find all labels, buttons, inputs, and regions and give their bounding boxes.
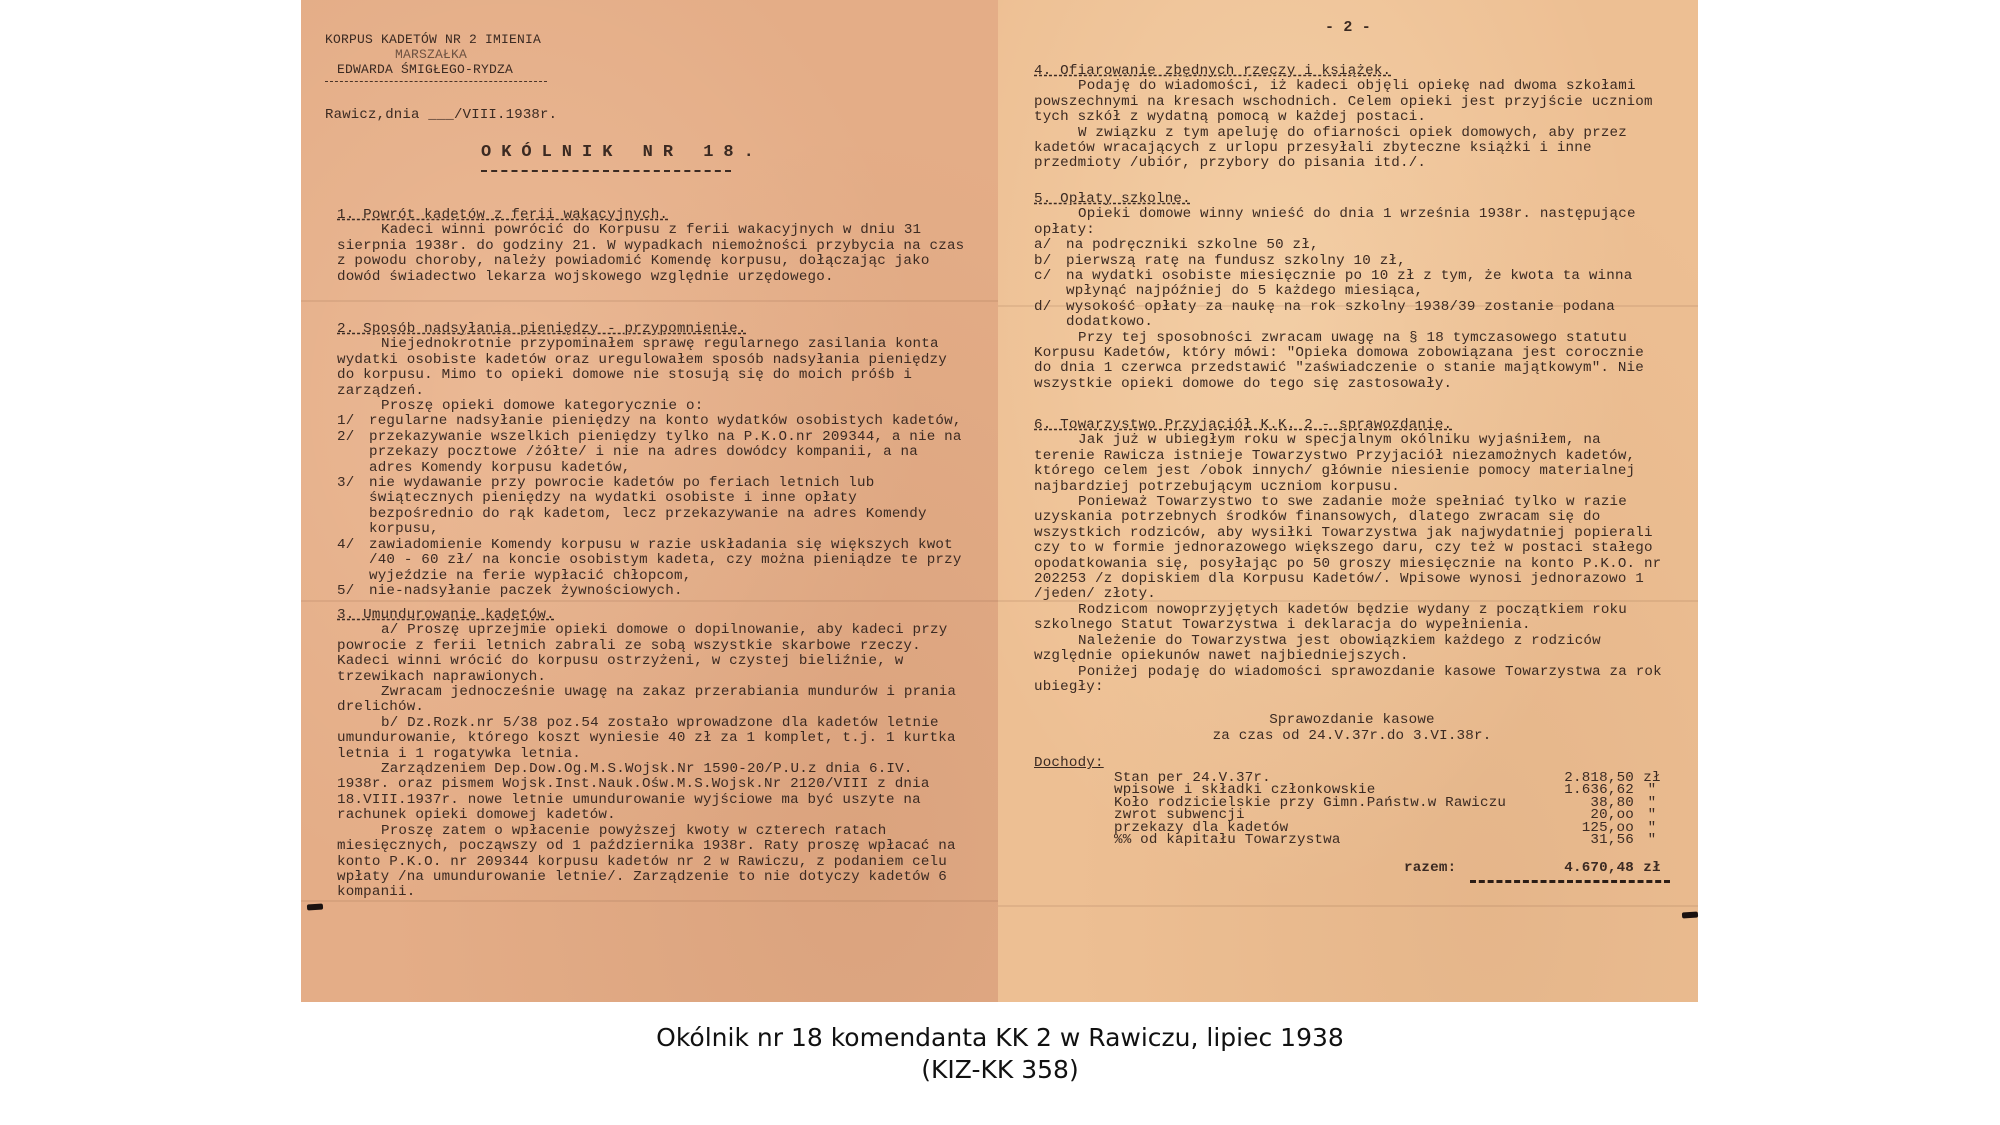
list-item: 5/nie-nadsyłanie paczek żywnościowych. xyxy=(337,584,970,599)
paragraph: Rodzicom nowoprzyjętych kadetów będzie w… xyxy=(1034,603,1670,634)
list-marker: c/ xyxy=(1034,269,1066,300)
list-item: d/wysokość opłaty za naukę na rok szkoln… xyxy=(1034,300,1670,331)
list-marker: d/ xyxy=(1034,300,1066,331)
list-marker: 4/ xyxy=(337,538,369,584)
section-4: 4. Ofiarowanie zbędnych rzeczy i książek… xyxy=(1034,64,1670,172)
paragraph: Proszę zatem o wpłacenie powyższej kwoty… xyxy=(337,824,970,901)
section-6: 6. Towarzystwo Przyjaciół K.K. 2 - spraw… xyxy=(1034,418,1670,883)
list-text: nie-nadsyłanie paczek żywnościowych. xyxy=(369,584,683,599)
paragraph: Kadeci winni powrócić do Korpusu z ferii… xyxy=(337,223,970,285)
list-text: regularne nadsyłanie pieniędzy na konto … xyxy=(369,414,962,429)
list-item: 3/nie wydawanie przy powrocie kadetów po… xyxy=(337,476,970,538)
total-row: razem: 4.670,48 zł xyxy=(1034,861,1670,876)
list-item: 2/przekazywanie wszelkich pieniędzy tylk… xyxy=(337,430,970,476)
section-heading: 3. Umundurowanie kadetów. xyxy=(337,608,970,623)
date-line: Rawicz,dnia ___/VIII.1938r. xyxy=(325,108,557,123)
paragraph: Jak już w ubiegłym roku w specjalnym okó… xyxy=(1034,433,1670,495)
total-amount: 4.670,48 xyxy=(1524,861,1634,876)
document-title: OKÓLNIK NR 18. xyxy=(481,145,764,160)
paragraph: Przy tej sposobności zwracam uwagę na § … xyxy=(1034,331,1670,393)
report-period: za czas od 24.V.37r.do 3.VI.38r. xyxy=(1034,729,1670,744)
caption-title: Okólnik nr 18 komendanta KK 2 w Rawiczu,… xyxy=(0,1022,2000,1054)
list-text: zawiadomienie Komendy korpusu w razie us… xyxy=(369,538,970,584)
list-item: c/na wydatki osobiste miesięcznie po 10 … xyxy=(1034,269,1670,300)
section-heading: 1. Powrót kadetów z ferii wakacyjnych. xyxy=(337,208,970,223)
paragraph: Zarządzeniem Dep.Dow.Og.M.S.Wojsk.Nr 159… xyxy=(337,762,970,824)
list-text: nie wydawanie przy powrocie kadetów po f… xyxy=(369,476,970,538)
paragraph: a/ Proszę uprzejmie opieki domowe o dopi… xyxy=(337,623,970,685)
list-item: 1/regularne nadsyłanie pieniędzy na kont… xyxy=(337,414,970,429)
letterhead: KORPUS KADETÓW NR 2 IMIENIA MARSZAŁKA ED… xyxy=(325,32,547,82)
section-5: 5. Opłaty szkolne. Opieki domowe winny w… xyxy=(1034,192,1670,392)
list-item: a/na podręczniki szkolne 50 zł, xyxy=(1034,238,1670,253)
list-text: pierwszą ratę na fundusz szkolny 10 zł, xyxy=(1066,254,1406,269)
paragraph: Niejednokrotnie przypominałem sprawę reg… xyxy=(337,337,970,399)
section-1: 1. Powrót kadetów z ferii wakacyjnych. K… xyxy=(337,208,970,285)
row-currency: " xyxy=(1634,834,1670,847)
list-item: b/pierwszą ratę na fundusz szkolny 10 zł… xyxy=(1034,254,1670,269)
list-marker: 1/ xyxy=(337,414,369,429)
row-amount: 31,56 xyxy=(1534,834,1634,847)
list-text: na wydatki osobiste miesięcznie po 10 zł… xyxy=(1066,269,1670,300)
paragraph: Opieki domowe winny wnieść do dnia 1 wrz… xyxy=(1034,207,1670,238)
page-1: KORPUS KADETÓW NR 2 IMIENIA MARSZAŁKA ED… xyxy=(301,0,998,1002)
section-heading: 2. Sposób nadsyłania pieniędzy - przypom… xyxy=(337,322,970,337)
total-currency: zł xyxy=(1634,861,1670,876)
list-marker: 5/ xyxy=(337,584,369,599)
list-text: przekazywanie wszelkich pieniędzy tylko … xyxy=(369,430,970,476)
total-label: razem: xyxy=(1404,861,1524,876)
document-scan: KORPUS KADETÓW NR 2 IMIENIA MARSZAŁKA ED… xyxy=(301,0,1698,1002)
letterhead-line: MARSZAŁKA xyxy=(325,47,547,62)
letterhead-line: EDWARDA ŚMIGŁEGO-RYDZA xyxy=(325,62,547,77)
letterhead-line: KORPUS KADETÓW NR 2 IMIENIA xyxy=(325,32,547,47)
cash-report: Sprawozdanie kasowe za czas od 24.V.37r.… xyxy=(1034,713,1670,883)
paragraph: Proszę opieki domowe kategorycznie o: xyxy=(337,399,970,414)
list-marker: 2/ xyxy=(337,430,369,476)
income-row: %% od kapitału Towarzystwa31,56" xyxy=(1034,834,1670,847)
list-item: 4/zawiadomienie Komendy korpusu w razie … xyxy=(337,538,970,584)
list-text: na podręczniki szkolne 50 zł, xyxy=(1066,238,1319,253)
caption-reference: (KIZ-KK 358) xyxy=(0,1054,2000,1086)
report-title: Sprawozdanie kasowe xyxy=(1034,713,1670,728)
page-2: - 2 - 4. Ofiarowanie zbędnych rzeczy i k… xyxy=(998,0,1698,1002)
paragraph: Zwracam jednocześnie uwagę na zakaz prze… xyxy=(337,685,970,716)
page-number: - 2 - xyxy=(998,20,1698,35)
row-label: %% od kapitału Towarzystwa xyxy=(1114,834,1534,847)
ink-mark xyxy=(1682,911,1698,918)
figure-caption: Okólnik nr 18 komendanta KK 2 w Rawiczu,… xyxy=(0,1022,2000,1086)
paragraph: Poniżej podaję do wiadomości sprawozdani… xyxy=(1034,665,1670,696)
list-marker: a/ xyxy=(1034,238,1066,253)
list-text: wysokość opłaty za naukę na rok szkolny … xyxy=(1066,300,1670,331)
section-3: 3. Umundurowanie kadetów. a/ Proszę uprz… xyxy=(337,608,970,901)
section-heading: 4. Ofiarowanie zbędnych rzeczy i książek… xyxy=(1034,64,1670,79)
section-heading: 5. Opłaty szkolne. xyxy=(1034,192,1670,207)
paragraph: b/ Dz.Rozk.nr 5/38 poz.54 zostało wprowa… xyxy=(337,716,970,762)
paragraph: W związku z tym apeluję do ofiarności op… xyxy=(1034,126,1670,172)
list-marker: 3/ xyxy=(337,476,369,538)
paragraph: Podaję do wiadomości, iż kadeci objęli o… xyxy=(1034,79,1670,125)
letterhead-rule xyxy=(325,81,547,82)
list-marker: b/ xyxy=(1034,254,1066,269)
title-rule xyxy=(481,170,731,172)
section-heading: 6. Towarzystwo Przyjaciół K.K. 2 - spraw… xyxy=(1034,418,1670,433)
paragraph: Ponieważ Towarzystwo to swe zadanie może… xyxy=(1034,495,1670,603)
paragraph: Należenie do Towarzystwa jest obowiązkie… xyxy=(1034,634,1670,665)
ink-mark xyxy=(307,903,323,910)
total-rule xyxy=(1470,880,1670,883)
section-2: 2. Sposób nadsyłania pieniędzy - przypom… xyxy=(337,322,970,599)
